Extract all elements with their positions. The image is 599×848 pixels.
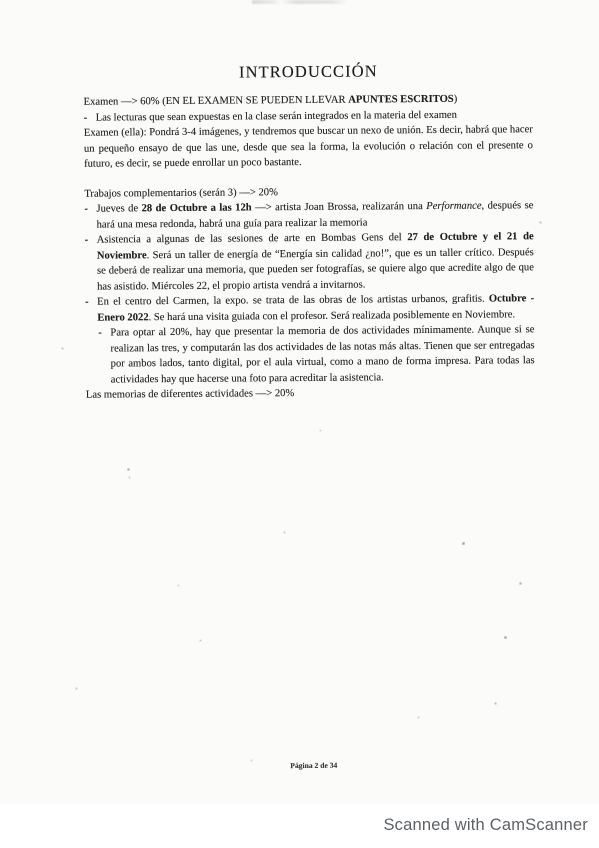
text-segment: . Se hará una visita guiada con el profe…: [149, 309, 516, 323]
bullet-marker: -: [84, 202, 96, 218]
paragraph: Las memorias de diferentes actividades —…: [86, 384, 535, 403]
text-segment: Jueves de: [96, 203, 141, 214]
text-segment: Examen —> 60% (EN EL EXAMEN SE PUEDEN LL…: [84, 95, 349, 108]
bullet-marker: -: [85, 295, 97, 311]
text-segment: Examen (ella): Pondrá 3-4 imágenes, y te…: [84, 124, 533, 170]
camscanner-watermark: Scanned with CamScanner: [383, 816, 588, 835]
bullet-item: -Jueves de 28 de Octubre a las 12h —> ar…: [84, 198, 533, 233]
text-segment: —> artista Joan Brossa, realizarán una: [252, 201, 427, 213]
text-segment: APUNTES ESCRITOS: [348, 94, 454, 106]
text-segment: Performance: [426, 201, 481, 212]
text-segment: ): [454, 94, 458, 105]
bullet-marker: -: [85, 233, 97, 249]
bullet-item: -Para optar al 20%, hay que presentar la…: [85, 322, 534, 388]
text-segment: Trabajos complementarios (serán 3) —> 20…: [84, 187, 278, 200]
text-segment: Asistencia a algunas de las sesiones de …: [97, 232, 408, 245]
paragraph: Examen (ella): Pondrá 3-4 imágenes, y te…: [84, 122, 533, 172]
scanned-page: INTRODUCCIÓN Examen —> 60% (EN EL EXAMEN…: [0, 0, 599, 804]
text-segment: Las memorias de diferentes actividades —…: [86, 388, 294, 401]
document-body: Examen —> 60% (EN EL EXAMEN SE PUEDEN LL…: [84, 91, 535, 403]
text-segment: Las lecturas que sean expuestas en la cl…: [96, 109, 457, 123]
page-content: INTRODUCCIÓN Examen —> 60% (EN EL EXAMEN…: [0, 0, 599, 806]
page-number: Página 2 de 34: [4, 758, 599, 772]
text-segment: Para optar al 20%, hay que presentar la …: [110, 324, 534, 385]
scan-noise-speckles: [0, 0, 1, 1]
bullet-item: -En el centro del Carmen, la expo. se tr…: [85, 291, 534, 326]
bullet-marker: -: [84, 110, 96, 126]
bullet-marker: -: [98, 325, 110, 341]
document-title: INTRODUCCIÓN: [0, 59, 599, 84]
camscanner-strip: Scanned with CamScanner: [0, 804, 599, 848]
bullet-item: -Asistencia a algunas de las sesiones de…: [85, 229, 534, 295]
text-segment: 28 de Octubre a las 12h: [142, 202, 252, 214]
text-segment: En el centro del Carmen, la expo. se tra…: [97, 294, 489, 308]
text-segment: . Será un taller de energía de “Energía …: [97, 247, 534, 292]
